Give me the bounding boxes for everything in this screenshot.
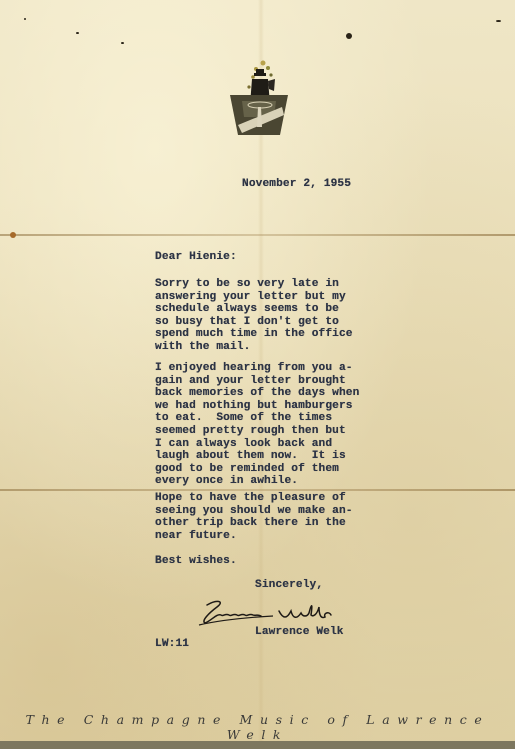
signer-name: Lawrence Welk: [255, 626, 344, 639]
ink-spot: [346, 33, 352, 39]
ink-spot: [121, 42, 124, 44]
ink-spot: [76, 32, 79, 34]
letter-closing-wish: Best wishes.: [155, 555, 237, 568]
ink-spot: [496, 20, 501, 22]
page-bottom-edge: [0, 741, 515, 749]
letter-paragraph-3: Hope to have the pleasure of seeing you …: [155, 492, 353, 542]
letter-date: November 2, 1955: [242, 178, 351, 191]
letter-paragraph-1: Sorry to be so very late in answering yo…: [155, 278, 353, 354]
letter-paragraph-2: I enjoyed hearing from you a- gain and y…: [155, 362, 359, 488]
stain-spot: [10, 232, 16, 238]
fold-crease-upper: [0, 234, 515, 236]
letterhead-footer: The Champagne Music of Lawrence Welk: [0, 712, 515, 742]
letter-closing: Sincerely,: [255, 579, 323, 592]
letter-paper: November 2, 1955 Dear Hienie: Sorry to b…: [0, 0, 515, 742]
reference-initials: LW:11: [155, 638, 189, 651]
handwritten-signature-icon: [195, 597, 335, 627]
fold-crease-lower: [0, 489, 515, 491]
ink-spot: [24, 18, 26, 20]
letter-salutation: Dear Hienie:: [155, 251, 237, 264]
bandleader-emblem-icon: [230, 55, 288, 137]
